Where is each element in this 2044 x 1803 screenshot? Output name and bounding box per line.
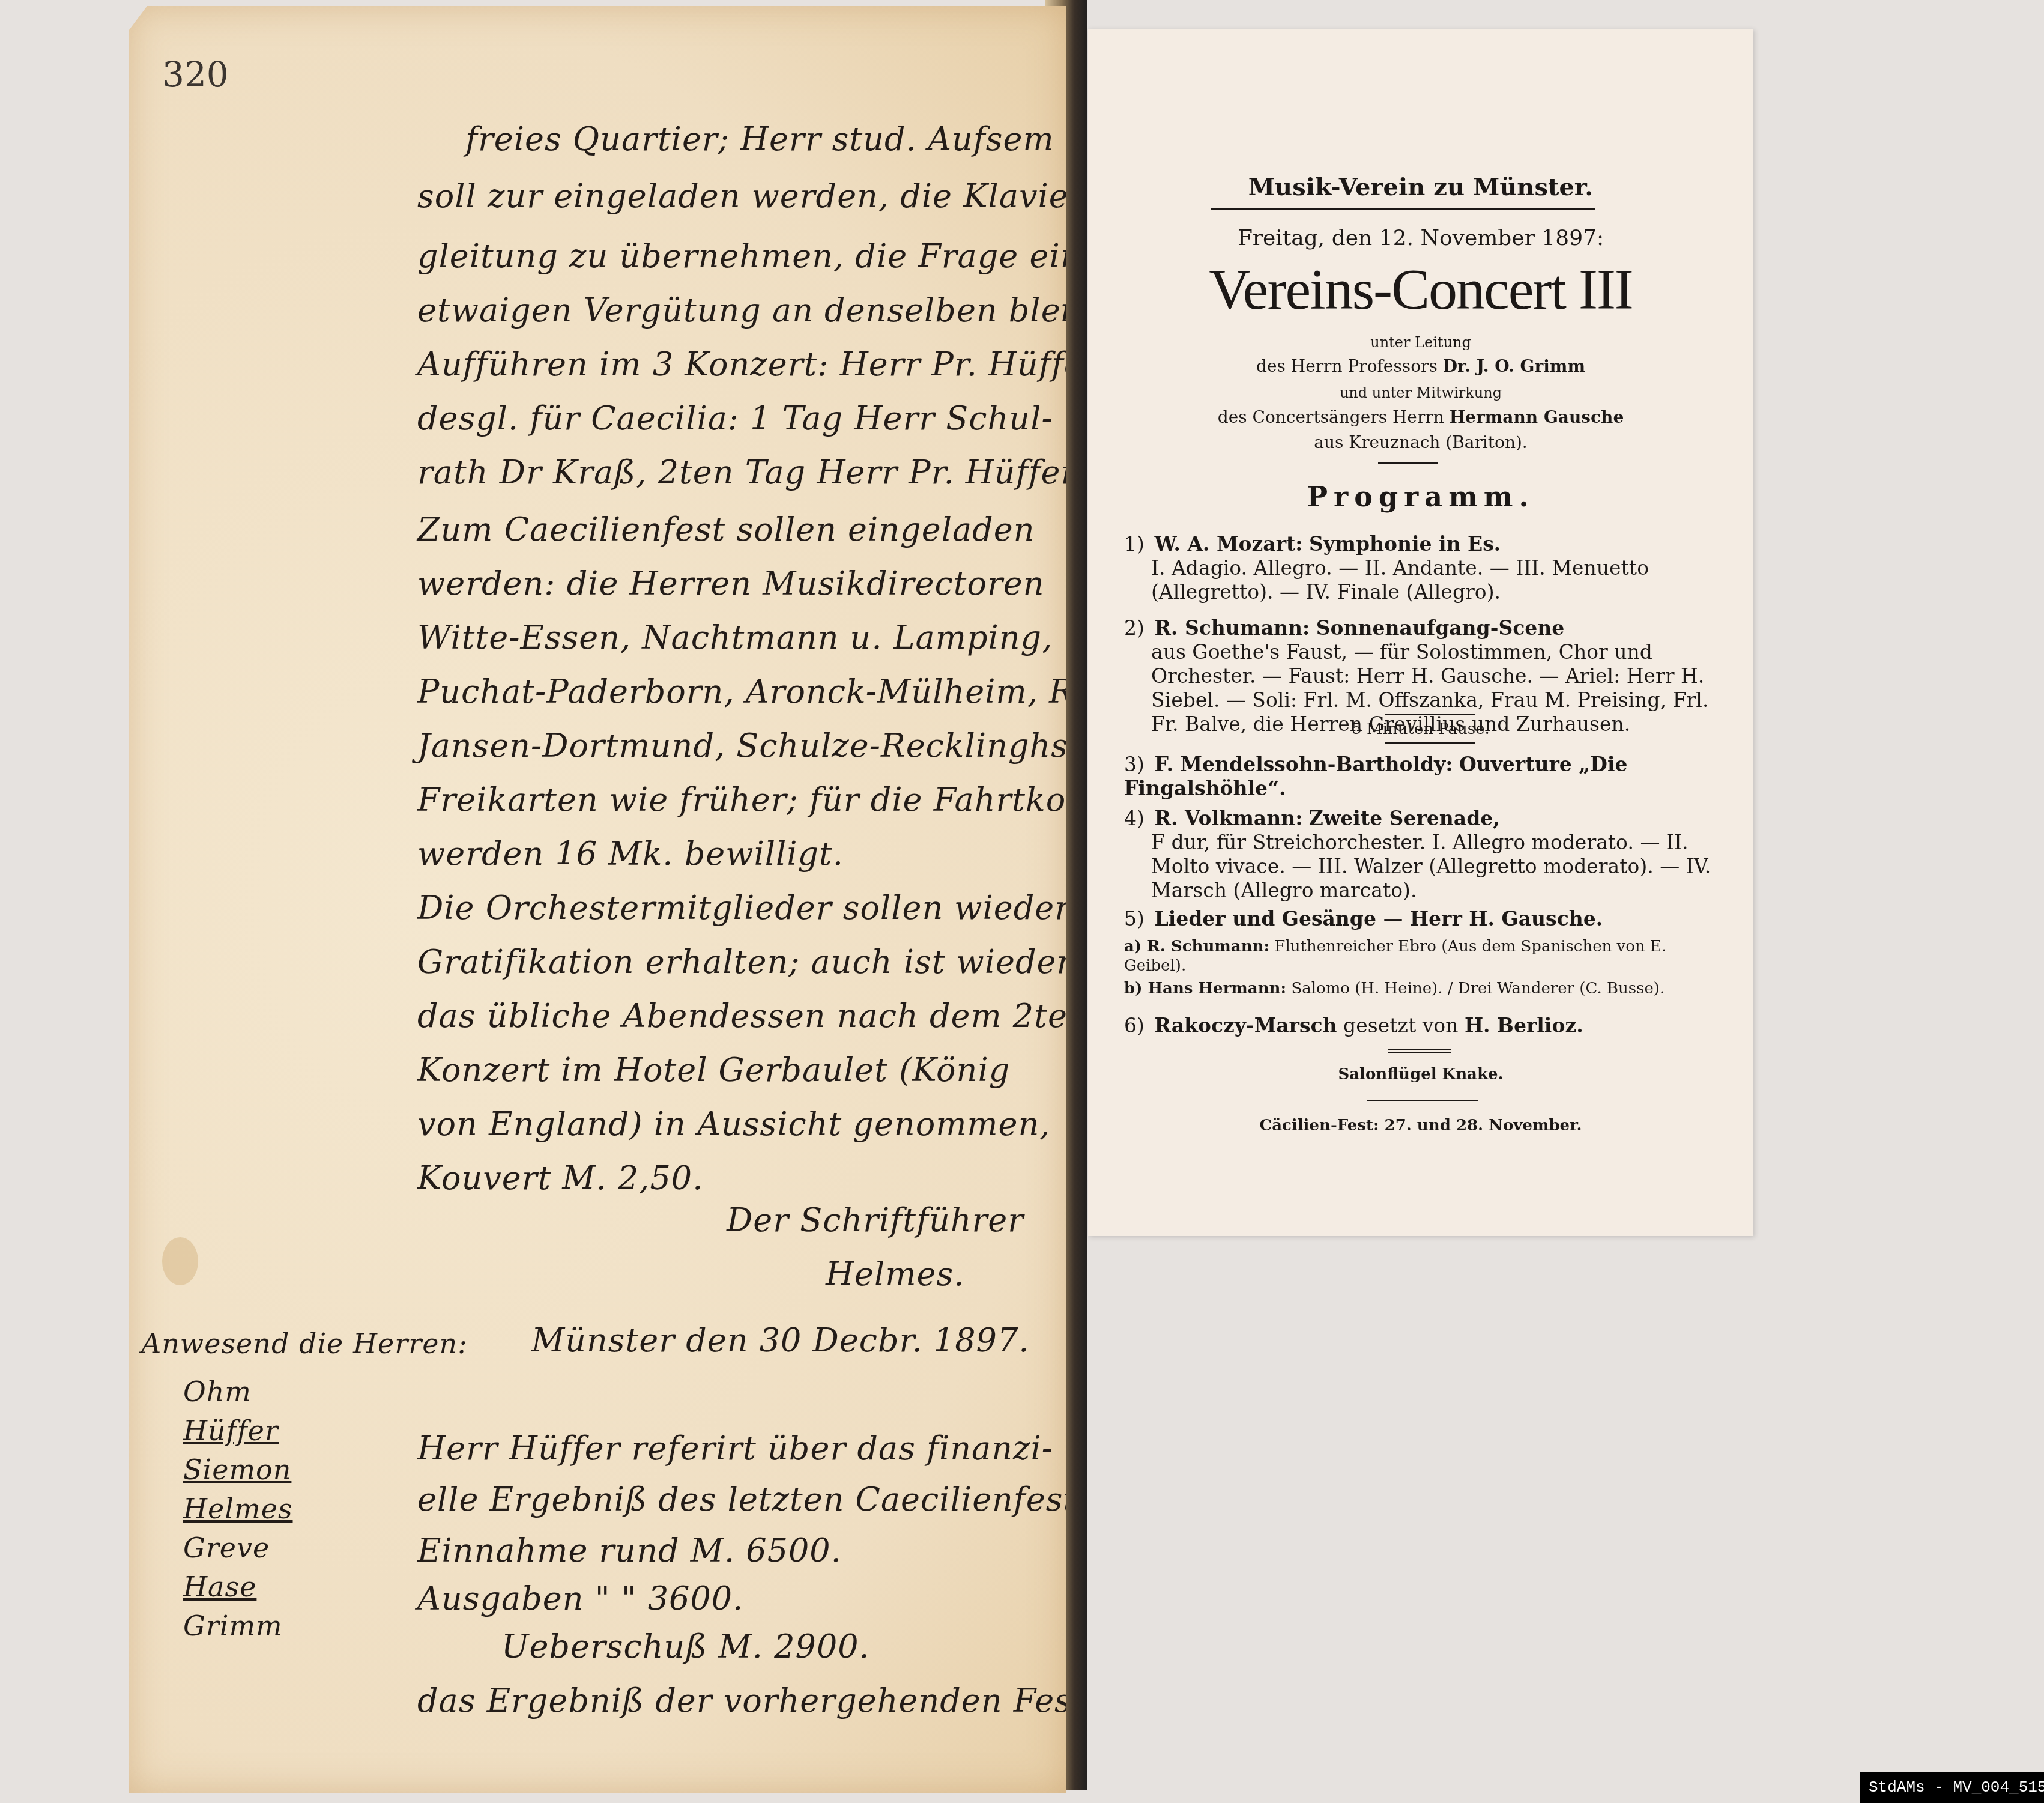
minutes-line: elle Ergebniß des letzten Caecilienfeste… (417, 1480, 1125, 1518)
handwritten-line: von England) in Aussicht genommen, (417, 1105, 1050, 1143)
attendee: Hüffer (183, 1414, 279, 1447)
program-item: 2) R. Schumann: Sonnenaufgang-Scene aus … (1124, 616, 1719, 736)
handwritten-line: Kouvert M. 2,50. (417, 1159, 703, 1197)
attendee: Helmes (183, 1492, 293, 1525)
concert-title: Vereins-Concert III (1088, 256, 1753, 323)
meeting-date: Münster den 30 Decbr. 1897. (531, 1321, 1029, 1359)
handwritten-line: rath Dr Kraß, 2ten Tag Herr Pr. Hüffer. (417, 453, 1084, 491)
signature-title: Der Schriftführer (727, 1201, 1024, 1239)
handwritten-line: Aufführen im 3 Konzert: Herr Pr. Hüffer (417, 345, 1100, 383)
program-item: 3) F. Mendelssohn-Bartholdy: Ouverture „… (1124, 753, 1719, 801)
handwritten-line: gleitung zu übernehmen, die Frage einer (417, 237, 1117, 275)
program-item: 1) W. A. Mozart: Symphonie in Es. I. Ada… (1124, 532, 1719, 604)
paper-stain (162, 1237, 198, 1285)
ornament-divider (1378, 462, 1438, 464)
song-item: b) Hans Hermann: Salomo (H. Heine). / Dr… (1124, 979, 1719, 998)
archive-label: StdAMs - MV_004_515 (1860, 1772, 2044, 1803)
soloist-origin: aus Kreuznach (Bariton). (1088, 432, 1753, 452)
song-item: a) R. Schumann: Fluthenreicher Ebro (Aus… (1124, 937, 1719, 975)
soloist-name: Hermann Gausche (1450, 407, 1624, 427)
program-item: 5) Lieder und Gesänge — Herr H. Gausche. (1124, 907, 1719, 931)
attendee: Hase (183, 1571, 256, 1603)
attendee: Grimm (183, 1610, 283, 1642)
conductor-intro: unter Leitung (1088, 334, 1753, 351)
conductor-line: des Herrn Professors Dr. J. O. Grimm (1088, 356, 1753, 376)
conductor-name: Dr. J. O. Grimm (1443, 356, 1585, 376)
soloist-line: des Concertsängers Herrn Hermann Gausche (1088, 407, 1753, 427)
handwritten-line: freies Quartier; Herr stud. Aufsem (465, 120, 1054, 158)
handwritten-line: Zum Caecilienfest sollen eingeladen (417, 511, 1035, 548)
divider (1385, 714, 1475, 715)
handwritten-line: Die Orchestermitglieder sollen wieder ei… (417, 889, 1154, 927)
festival-note: Cäcilien-Fest: 27. und 28. November. (1088, 1116, 1753, 1135)
attendee: Greve (183, 1532, 270, 1564)
handwritten-line: werden 16 Mk. bewilligt. (417, 835, 844, 873)
handwritten-line: werden: die Herren Musikdirectoren (417, 565, 1045, 602)
program-item: 4) R. Volkmann: Zweite Serenade, F dur, … (1124, 807, 1719, 903)
society-name: Musik-Verein zu Münster. (1088, 173, 1753, 201)
piano-note: Salonflügel Knake. (1088, 1065, 1753, 1084)
signature-name: Helmes. (826, 1255, 964, 1293)
minutes-line: Herr Hüffer referirt über das finanzi- (417, 1429, 1053, 1467)
minutes-line: Einnahme rund M. 6500. (417, 1532, 842, 1569)
handwritten-line: Witte-Essen, Nachtmann u. Lamping, (417, 619, 1053, 656)
concert-program-sheet: Musik-Verein zu Münster. Freitag, den 12… (1088, 29, 1753, 1236)
concert-date: Freitag, den 12. November 1897: (1088, 226, 1753, 250)
minutes-line: Ueberschuß M. 2900. (501, 1628, 870, 1665)
page-number: 320 (162, 54, 229, 95)
handwritten-line: desgl. für Caecilia: 1 Tag Herr Schul- (417, 399, 1053, 437)
minutes-line: Ausgaben " " 3600. (417, 1580, 743, 1617)
ornament-divider (1367, 1100, 1478, 1101)
handwritten-page: 320 freies Quartier; Herr stud. Aufsem s… (129, 6, 1066, 1793)
handwritten-line: Konzert im Hotel Gerbaulet (König (417, 1051, 1010, 1089)
attendee: Siemon (183, 1453, 291, 1486)
handwritten-line: das übliche Abendessen nach dem 2ten (417, 997, 1089, 1035)
handwritten-line: Jansen-Dortmund, Schulze-Recklinghs. (417, 727, 1079, 765)
handwritten-line: Puchat-Paderborn, Aronck-Mülheim, Ruhr (417, 673, 1133, 711)
divider (1211, 208, 1595, 210)
program-item: 6) Rakoczy-Marsch gesetzt von H. Berlioz… (1124, 1014, 1719, 1038)
handwritten-line: Freikarten wie früher; für die Fahrtkost… (417, 781, 1138, 819)
attendance-header: Anwesend die Herren: (141, 1327, 468, 1360)
divider (1385, 742, 1475, 744)
handwritten-line: Gratifikation erhalten; auch ist wieder (417, 943, 1072, 981)
attendee: Ohm (183, 1375, 252, 1408)
intermission: 5 Minuten Pause. (1088, 720, 1753, 739)
program-heading: Programm. (1088, 480, 1753, 513)
double-rule (1388, 1052, 1451, 1053)
double-rule (1388, 1049, 1451, 1050)
soloist-intro: und unter Mitwirkung (1088, 384, 1753, 401)
